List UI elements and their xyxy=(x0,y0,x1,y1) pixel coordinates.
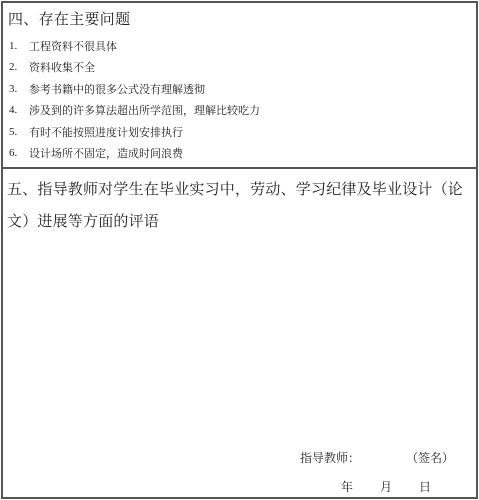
item-number: 2. xyxy=(9,61,29,73)
advisor-label: 指导教师： xyxy=(300,449,360,466)
list-item: 2.资料收集不全 xyxy=(9,57,260,79)
item-number: 5. xyxy=(9,126,29,138)
item-text: 工程资料不很具体 xyxy=(29,38,117,54)
list-item: 5.有时不能按照进度计划安排执行 xyxy=(9,121,260,143)
item-number: 1. xyxy=(9,40,29,52)
list-item: 6.设计场所不固定，造成时间浪费 xyxy=(9,143,260,165)
section4-title: 四、存在主要问题 xyxy=(8,8,130,29)
list-item: 4.涉及到的许多算法超出所学范围，理解比较吃力 xyxy=(9,100,260,122)
section-divider xyxy=(3,167,476,169)
section5-title: 五、指导教师对学生在毕业实习中，劳动、学习纪律及毕业设计（论文）进展等方面的评语 xyxy=(7,173,473,237)
item-number: 3. xyxy=(9,83,29,95)
form-frame: 四、存在主要问题 1.工程资料不很具体 2.资料收集不全 3.参考书籍中的很多公… xyxy=(1,1,478,499)
item-text: 涉及到的许多算法超出所学范围，理解比较吃力 xyxy=(29,102,260,118)
sign-label: （签名） xyxy=(406,449,454,466)
item-number: 6. xyxy=(9,147,29,159)
month-label: 月 xyxy=(380,478,392,495)
item-text: 设计场所不固定，造成时间浪费 xyxy=(29,145,183,161)
item-text: 资料收集不全 xyxy=(29,59,95,75)
list-item: 3.参考书籍中的很多公式没有理解透彻 xyxy=(9,78,260,100)
problem-list: 1.工程资料不很具体 2.资料收集不全 3.参考书籍中的很多公式没有理解透彻 4… xyxy=(9,35,260,164)
item-text: 参考书籍中的很多公式没有理解透彻 xyxy=(29,81,205,97)
list-item: 1.工程资料不很具体 xyxy=(9,35,260,57)
day-label: 日 xyxy=(419,478,431,495)
item-text: 有时不能按照进度计划安排执行 xyxy=(29,124,183,140)
item-number: 4. xyxy=(9,104,29,116)
year-label: 年 xyxy=(341,478,353,495)
